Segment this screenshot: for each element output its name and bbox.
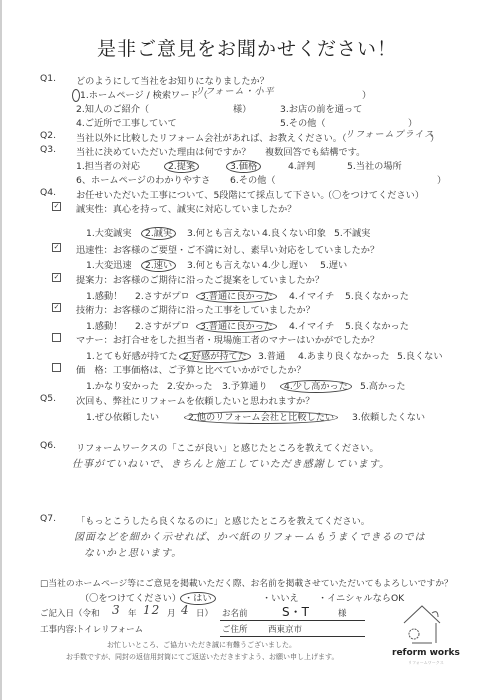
q1-number: Q1. bbox=[40, 73, 56, 84]
checkbox-sincerity[interactable]: ✓ bbox=[52, 202, 61, 211]
address-label: ご住所 bbox=[222, 623, 248, 635]
proposal-option-3[interactable]: 3.普通に良かった bbox=[200, 288, 277, 302]
speed-option-1[interactable]: 1.大変迅速 bbox=[86, 257, 132, 271]
skill-option-1[interactable]: 1.感動！ bbox=[86, 318, 122, 332]
price-option-2[interactable]: 2.安かった bbox=[167, 378, 213, 392]
date-month: 12 bbox=[143, 603, 160, 617]
manners-option-1[interactable]: 1.とても好感が持てた bbox=[86, 348, 177, 362]
price-option-5[interactable]: 5.高かった bbox=[360, 378, 406, 392]
q3-option-6[interactable]: 6、ホームページのわかりやすさ bbox=[76, 172, 210, 186]
page-title: 是非ご意見をお聞かせください！ bbox=[0, 34, 494, 61]
q7-answer-line2: ないかと思います。 bbox=[84, 544, 182, 559]
q3-option-5[interactable]: 5.当社の場所 bbox=[347, 158, 402, 172]
checkbox-speed[interactable]: ✓ bbox=[52, 243, 61, 252]
proposal-option-4[interactable]: 4.イマイチ bbox=[289, 288, 334, 302]
consent-note: （〇をつけてください） bbox=[80, 590, 181, 604]
name-label: お名前 bbox=[222, 607, 248, 619]
q5-number: Q5. bbox=[40, 393, 56, 404]
q1-search-word: リフォーム・小平 bbox=[195, 84, 275, 97]
name-underline bbox=[220, 620, 365, 621]
day-unit: 日） bbox=[196, 607, 213, 619]
checkbox-manners[interactable] bbox=[52, 333, 61, 342]
q5-option-1[interactable]: 1.ぜひ依頼したい bbox=[86, 409, 159, 423]
q5-option-3[interactable]: 3.依頼したくない bbox=[352, 409, 425, 423]
q7-number: Q7. bbox=[40, 513, 56, 524]
speed-option-2[interactable]: 2.速い bbox=[145, 257, 176, 271]
work-value: トイレリフォーム bbox=[76, 623, 143, 635]
name-value: S・T bbox=[282, 603, 309, 620]
skill-option-5[interactable]: 5.良くなかった bbox=[345, 318, 409, 332]
scan-edge bbox=[0, 0, 2, 700]
q4-item-speed: 迅速性：お客様のご要望・ご不満に対し、素早い対応をしていましたか？ bbox=[76, 242, 379, 256]
q6-number: Q6. bbox=[40, 440, 56, 451]
q3-option-1[interactable]: 1.担当者の対応 bbox=[76, 158, 140, 172]
q1-option-2-suffix: 様） bbox=[233, 101, 251, 115]
month-unit: 月 bbox=[167, 607, 176, 619]
work-label: 工事内容: bbox=[40, 623, 77, 635]
sincerity-option-1[interactable]: 1.大変誠実 bbox=[86, 225, 132, 239]
q3-number: Q3. bbox=[40, 144, 56, 155]
sincerity-option-3[interactable]: 3.何とも言えない bbox=[187, 225, 260, 239]
q4-note: （〇をつけてください） bbox=[323, 187, 424, 201]
q1-paren-close: ） bbox=[362, 87, 371, 101]
skill-option-2[interactable]: 2.さすがプロ bbox=[135, 318, 190, 332]
q2-text: 当社以外に比較したリフォーム会社があれば、お教えください。（ bbox=[76, 130, 347, 144]
q5-option-2[interactable]: 2.他のリフォーム会社と比較したい bbox=[188, 409, 338, 423]
q2-close: ） bbox=[430, 130, 439, 144]
house-logo-icon bbox=[402, 603, 442, 649]
q4-item-manners: マナー：お打合せをした担当者・現場施工者のマナーはいかがでしたか？ bbox=[76, 332, 379, 346]
consent-option-yes[interactable]: ・はい bbox=[184, 590, 216, 604]
q3-text: 当社に決めていただいた理由は何ですか？ bbox=[76, 144, 251, 158]
proposal-option-1[interactable]: 1.感動！ bbox=[86, 288, 122, 302]
q2-answer: リフォームプライス bbox=[345, 127, 434, 140]
manners-option-2[interactable]: 2.好感が持てた bbox=[183, 348, 251, 362]
thanks-line-2: お手数ですが、同封の返信用封筒にてご返送いただきますよう、お願い申し上げます。 bbox=[66, 652, 338, 662]
q7-text: 「もっとこうしたら良くなるのに」と感じたところを教えてください。 bbox=[76, 513, 370, 527]
q4-item-price: 価 格：工事価格は、ご予算と比べていかがでしたか？ bbox=[76, 362, 306, 376]
speed-option-4[interactable]: 4.少し遅い bbox=[262, 257, 308, 271]
manners-option-3[interactable]: 3.普通 bbox=[258, 348, 285, 362]
price-option-3[interactable]: 3.予算通り bbox=[222, 378, 268, 392]
q1-option-3[interactable]: 3.お店の前を通って bbox=[280, 101, 362, 115]
q6-text: リフォームワークスの「ここが良い」と感じたところを教えてください。 bbox=[76, 440, 379, 454]
speed-option-5[interactable]: 5.遅い bbox=[320, 257, 347, 271]
consent-question: □当社のホームページ等にご意見を掲載いただく際、お名前を掲載させていただいてもよ… bbox=[40, 576, 453, 589]
year-unit: 年 bbox=[128, 607, 137, 619]
q3-other-close: ） bbox=[437, 172, 446, 186]
manners-option-5[interactable]: 5.良くない bbox=[397, 348, 443, 362]
q4-text: お任せいただいた工事について、5段階にて採点して下さい。 bbox=[76, 187, 330, 201]
address-underline bbox=[220, 636, 365, 637]
q3-option-3[interactable]: 3.価格 bbox=[230, 158, 261, 172]
q6-answer: 仕事がていねいで、きちんと施工していただき感謝しています。 bbox=[72, 455, 390, 470]
sincerity-option-4[interactable]: 4.良くない印象 bbox=[262, 225, 326, 239]
checkbox-price[interactable] bbox=[52, 363, 61, 372]
address-value: 西東京市 bbox=[268, 623, 302, 635]
name-suffix: 様 bbox=[338, 607, 347, 619]
q4-item-skill: 技術力：お客様のご期待に沿った工事をしていましたか？ bbox=[76, 302, 315, 316]
q4-number: Q4. bbox=[40, 187, 56, 198]
skill-option-4[interactable]: 4.イマイチ bbox=[289, 318, 334, 332]
q1-option-2[interactable]: 2.知人のご紹介（ bbox=[76, 101, 149, 115]
price-option-1[interactable]: 1.かなり安かった bbox=[86, 378, 159, 392]
logo-subtext: リフォームワークス bbox=[408, 660, 444, 666]
q1-option-1[interactable]: 1.ホームページ / 検索ワード（ bbox=[76, 87, 208, 101]
consent-option-no[interactable]: ・いいえ bbox=[262, 590, 299, 604]
q3-option-other[interactable]: 6.その他（ bbox=[230, 172, 276, 186]
speed-option-3[interactable]: 3.何とも言えない bbox=[187, 257, 260, 271]
sincerity-option-2[interactable]: 2.誠実 bbox=[145, 225, 176, 239]
skill-option-3[interactable]: 3.普通に良かった bbox=[200, 318, 277, 332]
consent-option-initials[interactable]: ・イニシャルならOK bbox=[318, 590, 404, 604]
date-day: 4 bbox=[181, 603, 190, 617]
sincerity-option-5[interactable]: 5.不誠実 bbox=[334, 225, 370, 239]
proposal-option-2[interactable]: 2.さすがプロ bbox=[135, 288, 190, 302]
q1-option-5[interactable]: 5.その他（ bbox=[280, 115, 326, 129]
checkbox-skill[interactable]: ✓ bbox=[52, 303, 61, 312]
q1-option-4[interactable]: 4.ご近所で工事していて bbox=[76, 115, 177, 129]
checkbox-proposal[interactable]: ✓ bbox=[52, 273, 61, 282]
q7-answer-line1: 図面などを細かく示せれば、かべ紙のリフォームもうまくできるのでは bbox=[74, 528, 426, 543]
q3-note: 複数回答でも結構です。 bbox=[265, 144, 365, 158]
logo-name: reform works bbox=[392, 648, 460, 658]
proposal-option-5[interactable]: 5.良くなかった bbox=[345, 288, 409, 302]
q2-number: Q2. bbox=[40, 130, 56, 141]
date-label: ご記入日（令和 bbox=[40, 607, 100, 619]
date-year: 3 bbox=[112, 603, 121, 617]
price-option-4[interactable]: 4.少し高かった bbox=[284, 378, 352, 392]
q4-item-proposal: 提案力：お客様のご期待に沿ったご提案をしていましたか？ bbox=[76, 272, 324, 286]
thanks-line-1: お忙しいところ、ご協力いただき誠に有難うございました。 bbox=[107, 640, 296, 650]
q5-text: 次回も、弊社にリフォームを依頼したいと思われますか？ bbox=[76, 393, 314, 407]
manners-option-4[interactable]: 4.あまり良くなかった bbox=[298, 348, 389, 362]
q3-option-4[interactable]: 4.評判 bbox=[288, 158, 315, 172]
q3-option-2[interactable]: 2.提案 bbox=[168, 158, 199, 172]
q4-item-sincerity: 誠実性：真心を持って、誠実に対応していましたか？ bbox=[76, 201, 296, 215]
